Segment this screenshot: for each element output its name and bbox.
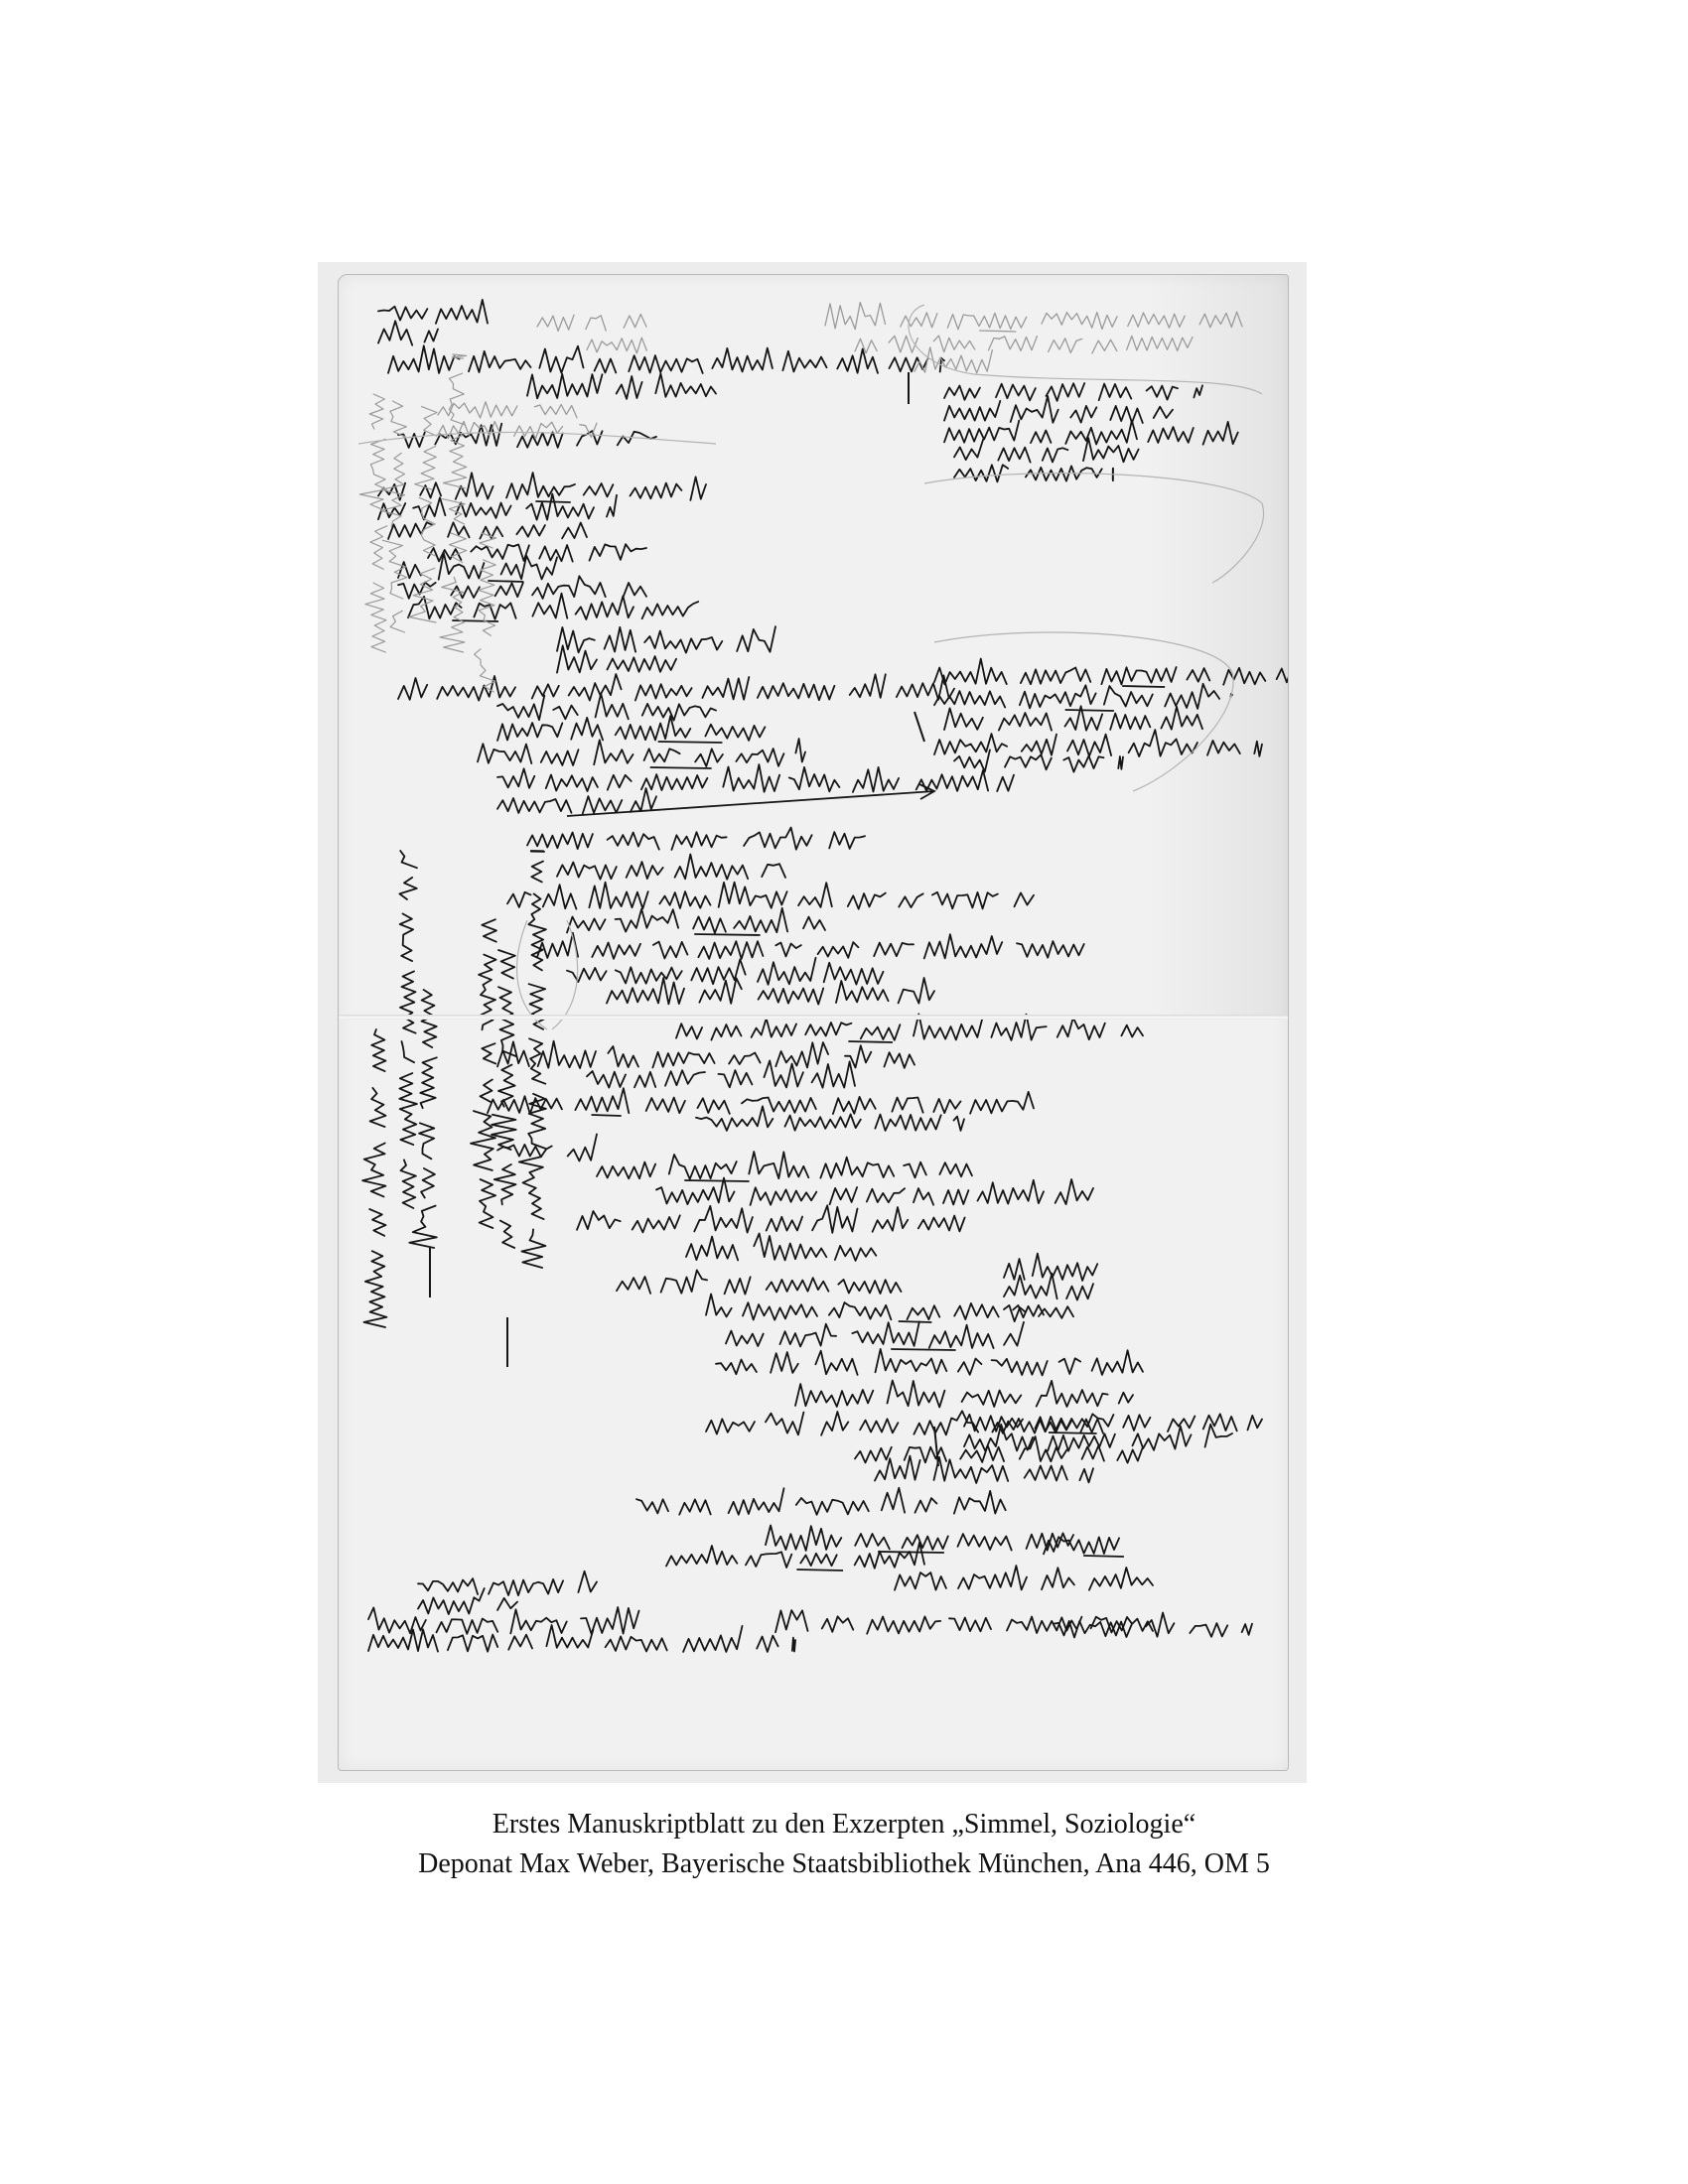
handwriting-strokes [339,275,1288,1770]
figure-caption: Erstes Manuskriptblatt zu den Exzerpten … [0,1805,1688,1884]
caption-source: Deponat Max Weber, Bayerische Staatsbibl… [0,1844,1688,1884]
manuscript-photo [318,262,1307,1783]
fold-line [339,1015,1288,1020]
caption-title: Erstes Manuskriptblatt zu den Exzerpten … [0,1805,1688,1844]
manuscript-sheet [338,274,1289,1771]
